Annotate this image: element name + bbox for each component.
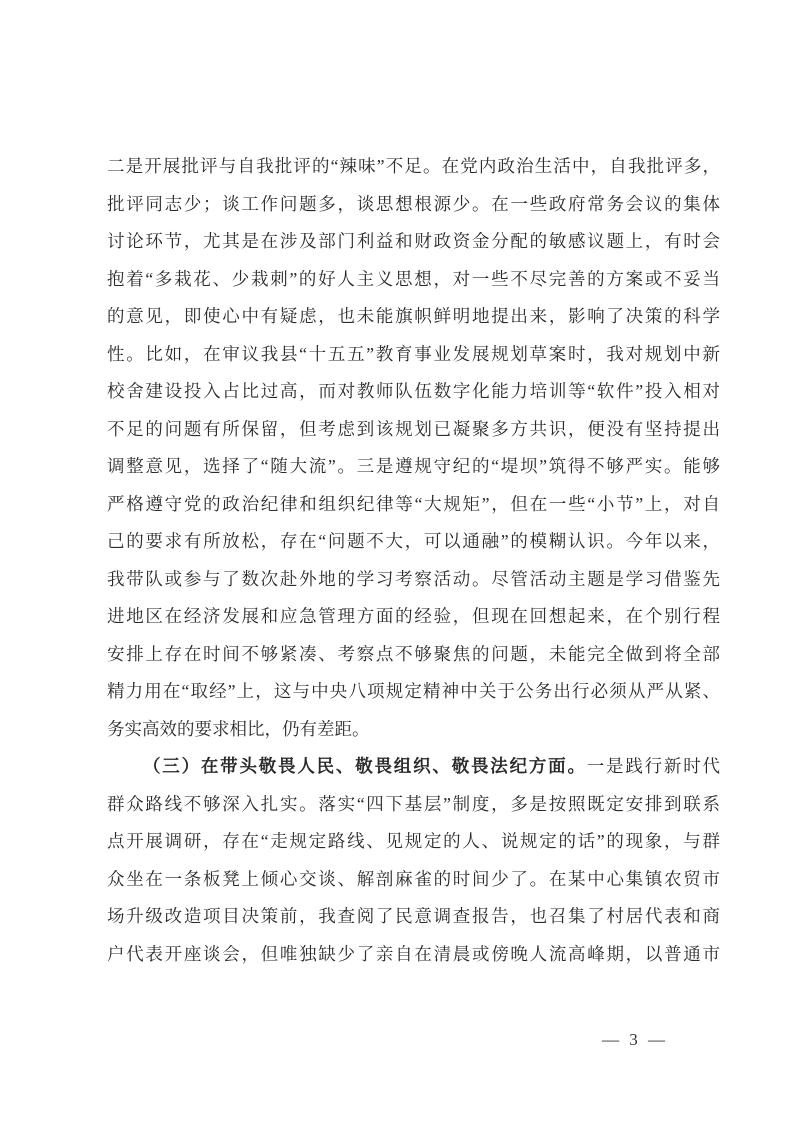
section-3-heading: （三）在带头敬畏人民、敬畏组织、敬畏法纪方面。 (143, 756, 587, 776)
text-line: 群众路线不够深入扎实。落实“四下基层”制度，多是按照既定安排到联系 (107, 786, 720, 824)
text-line-paragraph-end: 务实高效的要求相比，仍有差距。 (107, 711, 720, 749)
text-line: 批评同志少；谈工作问题多，谈思想根源少。在一些政府常务会议的集体 (107, 186, 720, 224)
line-text: 群众路线不够深入扎实。落实“四下基层”制度，多是按照既定安排到联系 (107, 794, 720, 814)
line-text: 批评同志少；谈工作问题多，谈思想根源少。在一些政府常务会议的集体 (107, 194, 720, 214)
text-line: 进地区在经济发展和应急管理方面的经验，但现在回想起来，在个别行程 (107, 598, 720, 636)
text-line: 调整意见，选择了“随大流”。三是遵规守纪的“堤坝”筑得不够严实。能够 (107, 448, 720, 486)
page-number: — 3 — (602, 1030, 668, 1050)
text-line: 校舍建设投入占比过高，而对教师队伍数字化能力培训等“软件”投入相对 (107, 373, 720, 411)
text-line: 众坐在一条板凳上倾心交谈、解剖麻雀的时间少了。在某中心集镇农贸市 (107, 861, 720, 899)
line-text: 场升级改造项目决策前，我查阅了民意调查报告，也召集了村居代表和商 (107, 906, 720, 926)
text-line: 不足的问题有所保留，但考虑到该规划已凝聚多方共识，便没有坚持提出 (107, 411, 720, 449)
line-text: 二是开展批评与自我批评的“辣味”不足。在党内政治生活中，自我批评多， (107, 156, 720, 176)
line-text: 务实高效的要求相比，仍有差距。 (107, 719, 370, 739)
line-text: 众坐在一条板凳上倾心交谈、解剖麻雀的时间少了。在某中心集镇农贸市 (107, 869, 720, 889)
line-text: 进地区在经济发展和应急管理方面的经验，但现在回想起来，在个别行程 (107, 606, 720, 626)
text-line-section-start: （三）在带头敬畏人民、敬畏组织、敬畏法纪方面。一是践行新时代 (107, 748, 720, 786)
text-line: 的意见，即使心中有疑虑，也未能旗帜鲜明地提出来，影响了决策的科学 (107, 298, 720, 336)
text-line: 严格遵守党的政治纪律和组织纪律等“大规矩”，但在一些“小节”上，对自 (107, 486, 720, 524)
line-text: 一是践行新时代 (587, 756, 720, 776)
line-text: 安排上存在时间不够紧凑、考察点不够聚焦的问题，未能完全做到将全部 (107, 644, 720, 664)
line-text: 的意见，即使心中有疑虑，也未能旗帜鲜明地提出来，影响了决策的科学 (107, 306, 720, 326)
document-page: 二是开展批评与自我批评的“辣味”不足。在党内政治生活中，自我批评多， 批评同志少… (0, 0, 793, 1122)
line-text: 我带队或参与了数次赴外地的学习考察活动。尽管活动主题是学习借鉴先 (107, 569, 720, 589)
line-text: 严格遵守党的政治纪律和组织纪律等“大规矩”，但在一些“小节”上，对自 (107, 494, 720, 514)
line-text: 不足的问题有所保留，但考虑到该规划已凝聚多方共识，便没有坚持提出 (107, 419, 720, 439)
line-text: 校舍建设投入占比过高，而对教师队伍数字化能力培训等“软件”投入相对 (107, 381, 720, 401)
line-text: 户代表开座谈会，但唯独缺少了亲自在清晨或傍晚人流高峰期，以普通市 (107, 944, 720, 964)
text-line: 己的要求有所放松，存在“问题不大，可以通融”的模糊认识。今年以来， (107, 523, 720, 561)
document-body: 二是开展批评与自我批评的“辣味”不足。在党内政治生活中，自我批评多， 批评同志少… (107, 148, 720, 973)
line-text: 性。比如，在审议我县“十五五”教育事业发展规划草案时，我对规划中新 (107, 344, 720, 364)
text-line: 性。比如，在审议我县“十五五”教育事业发展规划草案时，我对规划中新 (107, 336, 720, 374)
text-line: 讨论环节，尤其是在涉及部门利益和财政资金分配的敏感议题上，有时会 (107, 223, 720, 261)
text-line: 户代表开座谈会，但唯独缺少了亲自在清晨或傍晚人流高峰期，以普通市 (107, 936, 720, 974)
line-text: 抱着“多栽花、少栽刺”的好人主义思想，对一些不尽完善的方案或不妥当 (107, 269, 720, 289)
text-line: 抱着“多栽花、少栽刺”的好人主义思想，对一些不尽完善的方案或不妥当 (107, 261, 720, 299)
line-text: 讨论环节，尤其是在涉及部门利益和财政资金分配的敏感议题上，有时会 (107, 231, 720, 251)
line-text: 己的要求有所放松，存在“问题不大，可以通融”的模糊认识。今年以来， (107, 531, 720, 551)
text-line: 精力用在“取经”上，这与中央八项规定精神中关于公务出行必须从严从紧、 (107, 673, 720, 711)
line-text: 点开展调研，存在“走规定路线、见规定的人、说规定的话”的现象，与群 (107, 831, 720, 851)
text-line: 安排上存在时间不够紧凑、考察点不够聚焦的问题，未能完全做到将全部 (107, 636, 720, 674)
text-line: 二是开展批评与自我批评的“辣味”不足。在党内政治生活中，自我批评多， (107, 148, 720, 186)
text-line: 点开展调研，存在“走规定路线、见规定的人、说规定的话”的现象，与群 (107, 823, 720, 861)
line-text: 调整意见，选择了“随大流”。三是遵规守纪的“堤坝”筑得不够严实。能够 (107, 456, 720, 476)
text-line: 我带队或参与了数次赴外地的学习考察活动。尽管活动主题是学习借鉴先 (107, 561, 720, 599)
text-line: 场升级改造项目决策前，我查阅了民意调查报告，也召集了村居代表和商 (107, 898, 720, 936)
line-text: 精力用在“取经”上，这与中央八项规定精神中关于公务出行必须从严从紧、 (107, 681, 720, 701)
